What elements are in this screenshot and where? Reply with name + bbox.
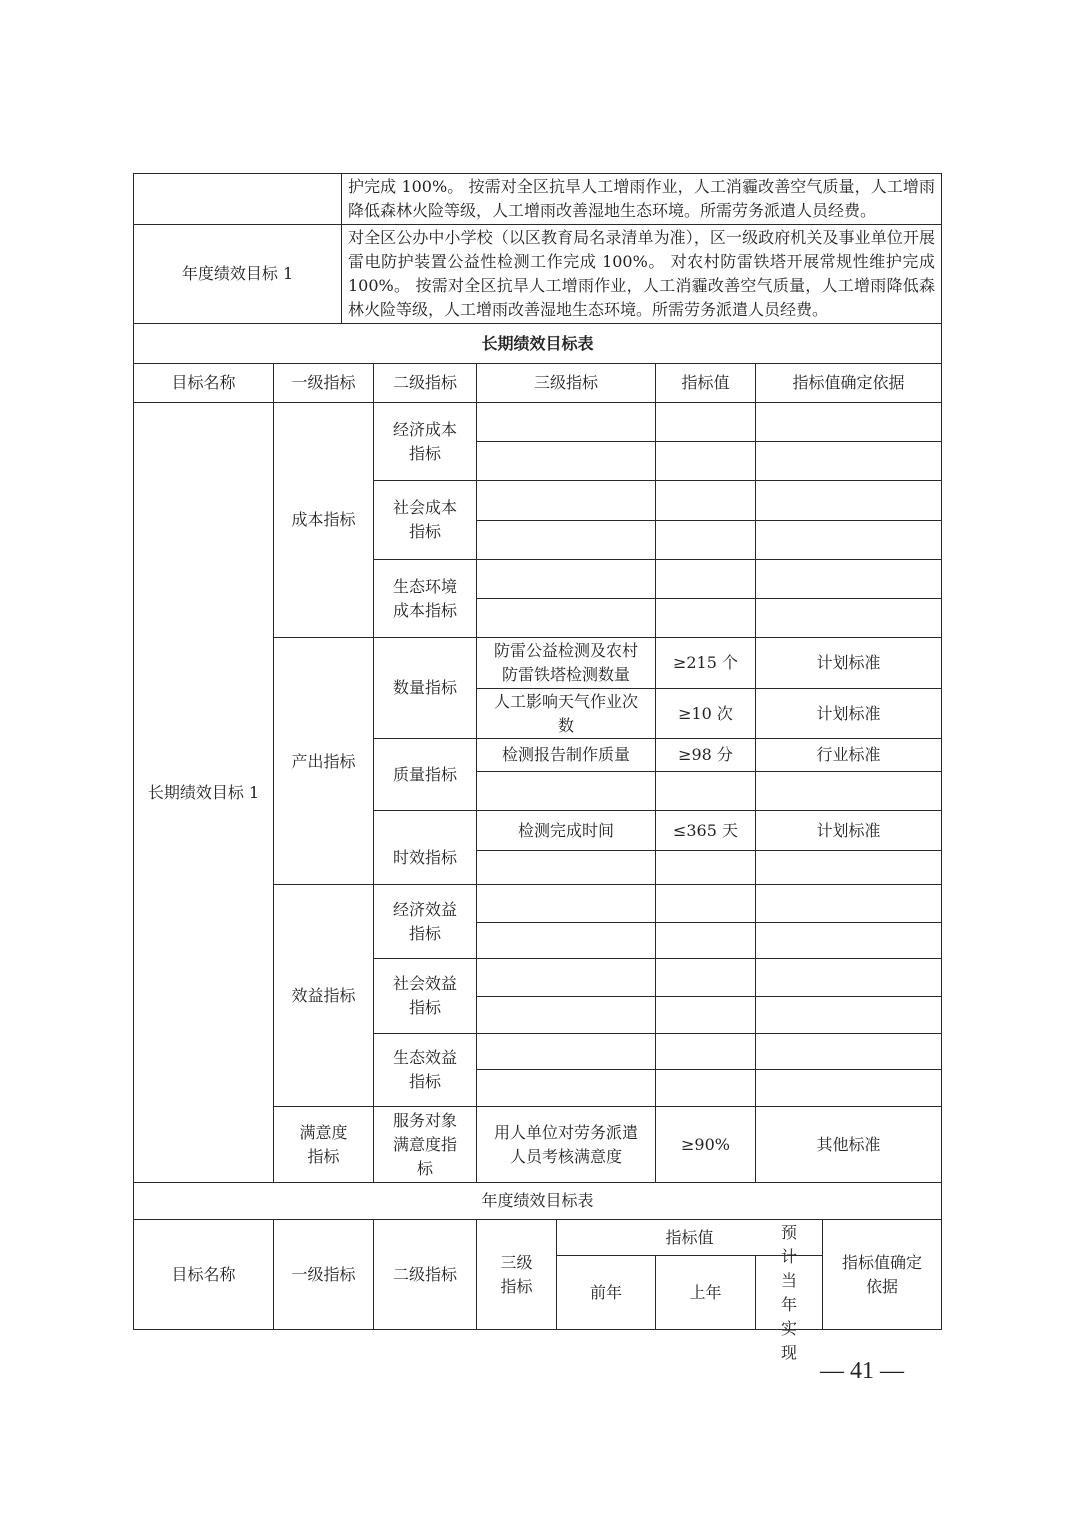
value-cell: ≥10 次 <box>655 688 756 739</box>
empty-value-cell <box>655 598 756 638</box>
empty-value-cell <box>655 958 756 997</box>
annual-header-basis: 指标值确定依据 <box>822 1219 942 1330</box>
empty-basis-cell <box>755 598 942 638</box>
l3-cell: 用人单位对劳务派遣人员考核满意度 <box>476 1106 656 1183</box>
empty-value-cell <box>655 402 756 442</box>
level2-eco-cost: 生态环境成本指标 <box>373 559 477 638</box>
annual-header-prev2: 前年 <box>556 1255 656 1330</box>
empty-basis-cell <box>755 441 942 481</box>
level2-quality: 质量指标 <box>373 738 477 811</box>
empty-value-cell <box>655 1033 756 1070</box>
empty-basis-cell <box>755 402 942 442</box>
empty-l3-cell <box>476 402 656 442</box>
empty-basis-cell <box>755 480 942 521</box>
empty-value-cell <box>655 480 756 521</box>
basis-cell: 计划标准 <box>755 688 942 739</box>
empty-basis-cell <box>755 958 942 997</box>
header-level3: 三级指标 <box>476 363 656 403</box>
empty-l3-cell <box>476 850 656 885</box>
empty-l3-cell <box>476 1033 656 1070</box>
empty-value-cell <box>655 520 756 560</box>
empty-l3-cell <box>476 480 656 521</box>
annual-goal-text: 对全区公办中小学校（以区教育局名录清单为准），区一级政府机关及事业单位开展雷电防… <box>341 224 942 324</box>
level2-timeliness: 时效指标 <box>373 810 477 885</box>
empty-basis-cell <box>755 520 942 560</box>
level1-cost: 成本指标 <box>273 402 374 638</box>
annual-header-level2: 二级指标 <box>373 1219 477 1330</box>
header-level1: 一级指标 <box>273 363 374 403</box>
empty-l3-cell <box>476 958 656 997</box>
empty-l3-cell <box>476 559 656 599</box>
level2-quantity: 数量指标 <box>373 637 477 739</box>
empty-l3-cell <box>476 884 656 923</box>
empty-value-cell <box>655 441 756 481</box>
annual-header-prev1: 上年 <box>655 1255 756 1330</box>
empty-label-cell <box>133 173 342 225</box>
empty-basis-cell <box>755 922 942 959</box>
value-cell: ≥90% <box>655 1106 756 1183</box>
level2-eco-benefit: 生态效益指标 <box>373 1033 477 1107</box>
level1-output: 产出指标 <box>273 637 374 885</box>
annual-header-expected: 预计当年实现 <box>755 1255 823 1330</box>
l3-cell: 防雷公益检测及农村防雷铁塔检测数量 <box>476 637 656 689</box>
l3-cell: 检测完成时间 <box>476 810 656 851</box>
level2-econ-benefit: 经济效益指标 <box>373 884 477 959</box>
basis-cell: 行业标准 <box>755 738 942 772</box>
l3-cell: 检测报告制作质量 <box>476 738 656 772</box>
value-cell: ≥98 分 <box>655 738 756 772</box>
l3-cell: 人工影响天气作业次数 <box>476 688 656 739</box>
header-level2: 二级指标 <box>373 363 477 403</box>
long-term-table-title: 长期绩效目标表 <box>133 323 942 364</box>
empty-basis-cell <box>755 1033 942 1070</box>
level2-social-cost: 社会成本指标 <box>373 480 477 560</box>
annual-header-level1: 一级指标 <box>273 1219 374 1330</box>
basis-cell: 计划标准 <box>755 810 942 851</box>
empty-value-cell <box>655 771 756 811</box>
header-goal-name: 目标名称 <box>133 363 274 403</box>
header-value: 指标值 <box>655 363 756 403</box>
level1-satisfaction: 满意度指标 <box>273 1106 374 1183</box>
level2-econ-cost: 经济成本指标 <box>373 402 477 481</box>
empty-l3-cell <box>476 996 656 1034</box>
empty-value-cell <box>655 559 756 599</box>
empty-basis-cell <box>755 1069 942 1107</box>
level1-benefit: 效益指标 <box>273 884 374 1107</box>
long-term-goal-name: 长期绩效目标 1 <box>133 402 274 1183</box>
continued-goal-text: 护完成 100%。 按需对全区抗旱人工增雨作业，人工消霾改善空气质量，人工增雨降… <box>341 173 942 225</box>
empty-basis-cell <box>755 850 942 885</box>
empty-value-cell <box>655 996 756 1034</box>
empty-l3-cell <box>476 598 656 638</box>
page-number: — 41 — <box>820 1358 904 1385</box>
annual-header-level3: 三级指标 <box>476 1219 557 1330</box>
empty-value-cell <box>655 1069 756 1107</box>
value-cell: ≥215 个 <box>655 637 756 689</box>
value-cell: ≤365 天 <box>655 810 756 851</box>
level2-service-satisfaction: 服务对象满意度指标 <box>373 1106 477 1183</box>
empty-basis-cell <box>755 996 942 1034</box>
empty-basis-cell <box>755 771 942 811</box>
basis-cell: 计划标准 <box>755 637 942 689</box>
empty-l3-cell <box>476 441 656 481</box>
empty-l3-cell <box>476 771 656 811</box>
annual-table-title: 年度绩效目标表 <box>133 1182 942 1220</box>
basis-cell: 其他标准 <box>755 1106 942 1183</box>
empty-l3-cell <box>476 520 656 560</box>
header-basis: 指标值确定依据 <box>755 363 942 403</box>
annual-header-goal-name: 目标名称 <box>133 1219 274 1330</box>
empty-basis-cell <box>755 559 942 599</box>
empty-l3-cell <box>476 1069 656 1107</box>
empty-value-cell <box>655 850 756 885</box>
empty-basis-cell <box>755 884 942 923</box>
empty-l3-cell <box>476 922 656 959</box>
empty-value-cell <box>655 884 756 923</box>
empty-value-cell <box>655 922 756 959</box>
annual-goal-label: 年度绩效目标 1 <box>133 224 342 324</box>
level2-social-benefit: 社会效益指标 <box>373 958 477 1034</box>
